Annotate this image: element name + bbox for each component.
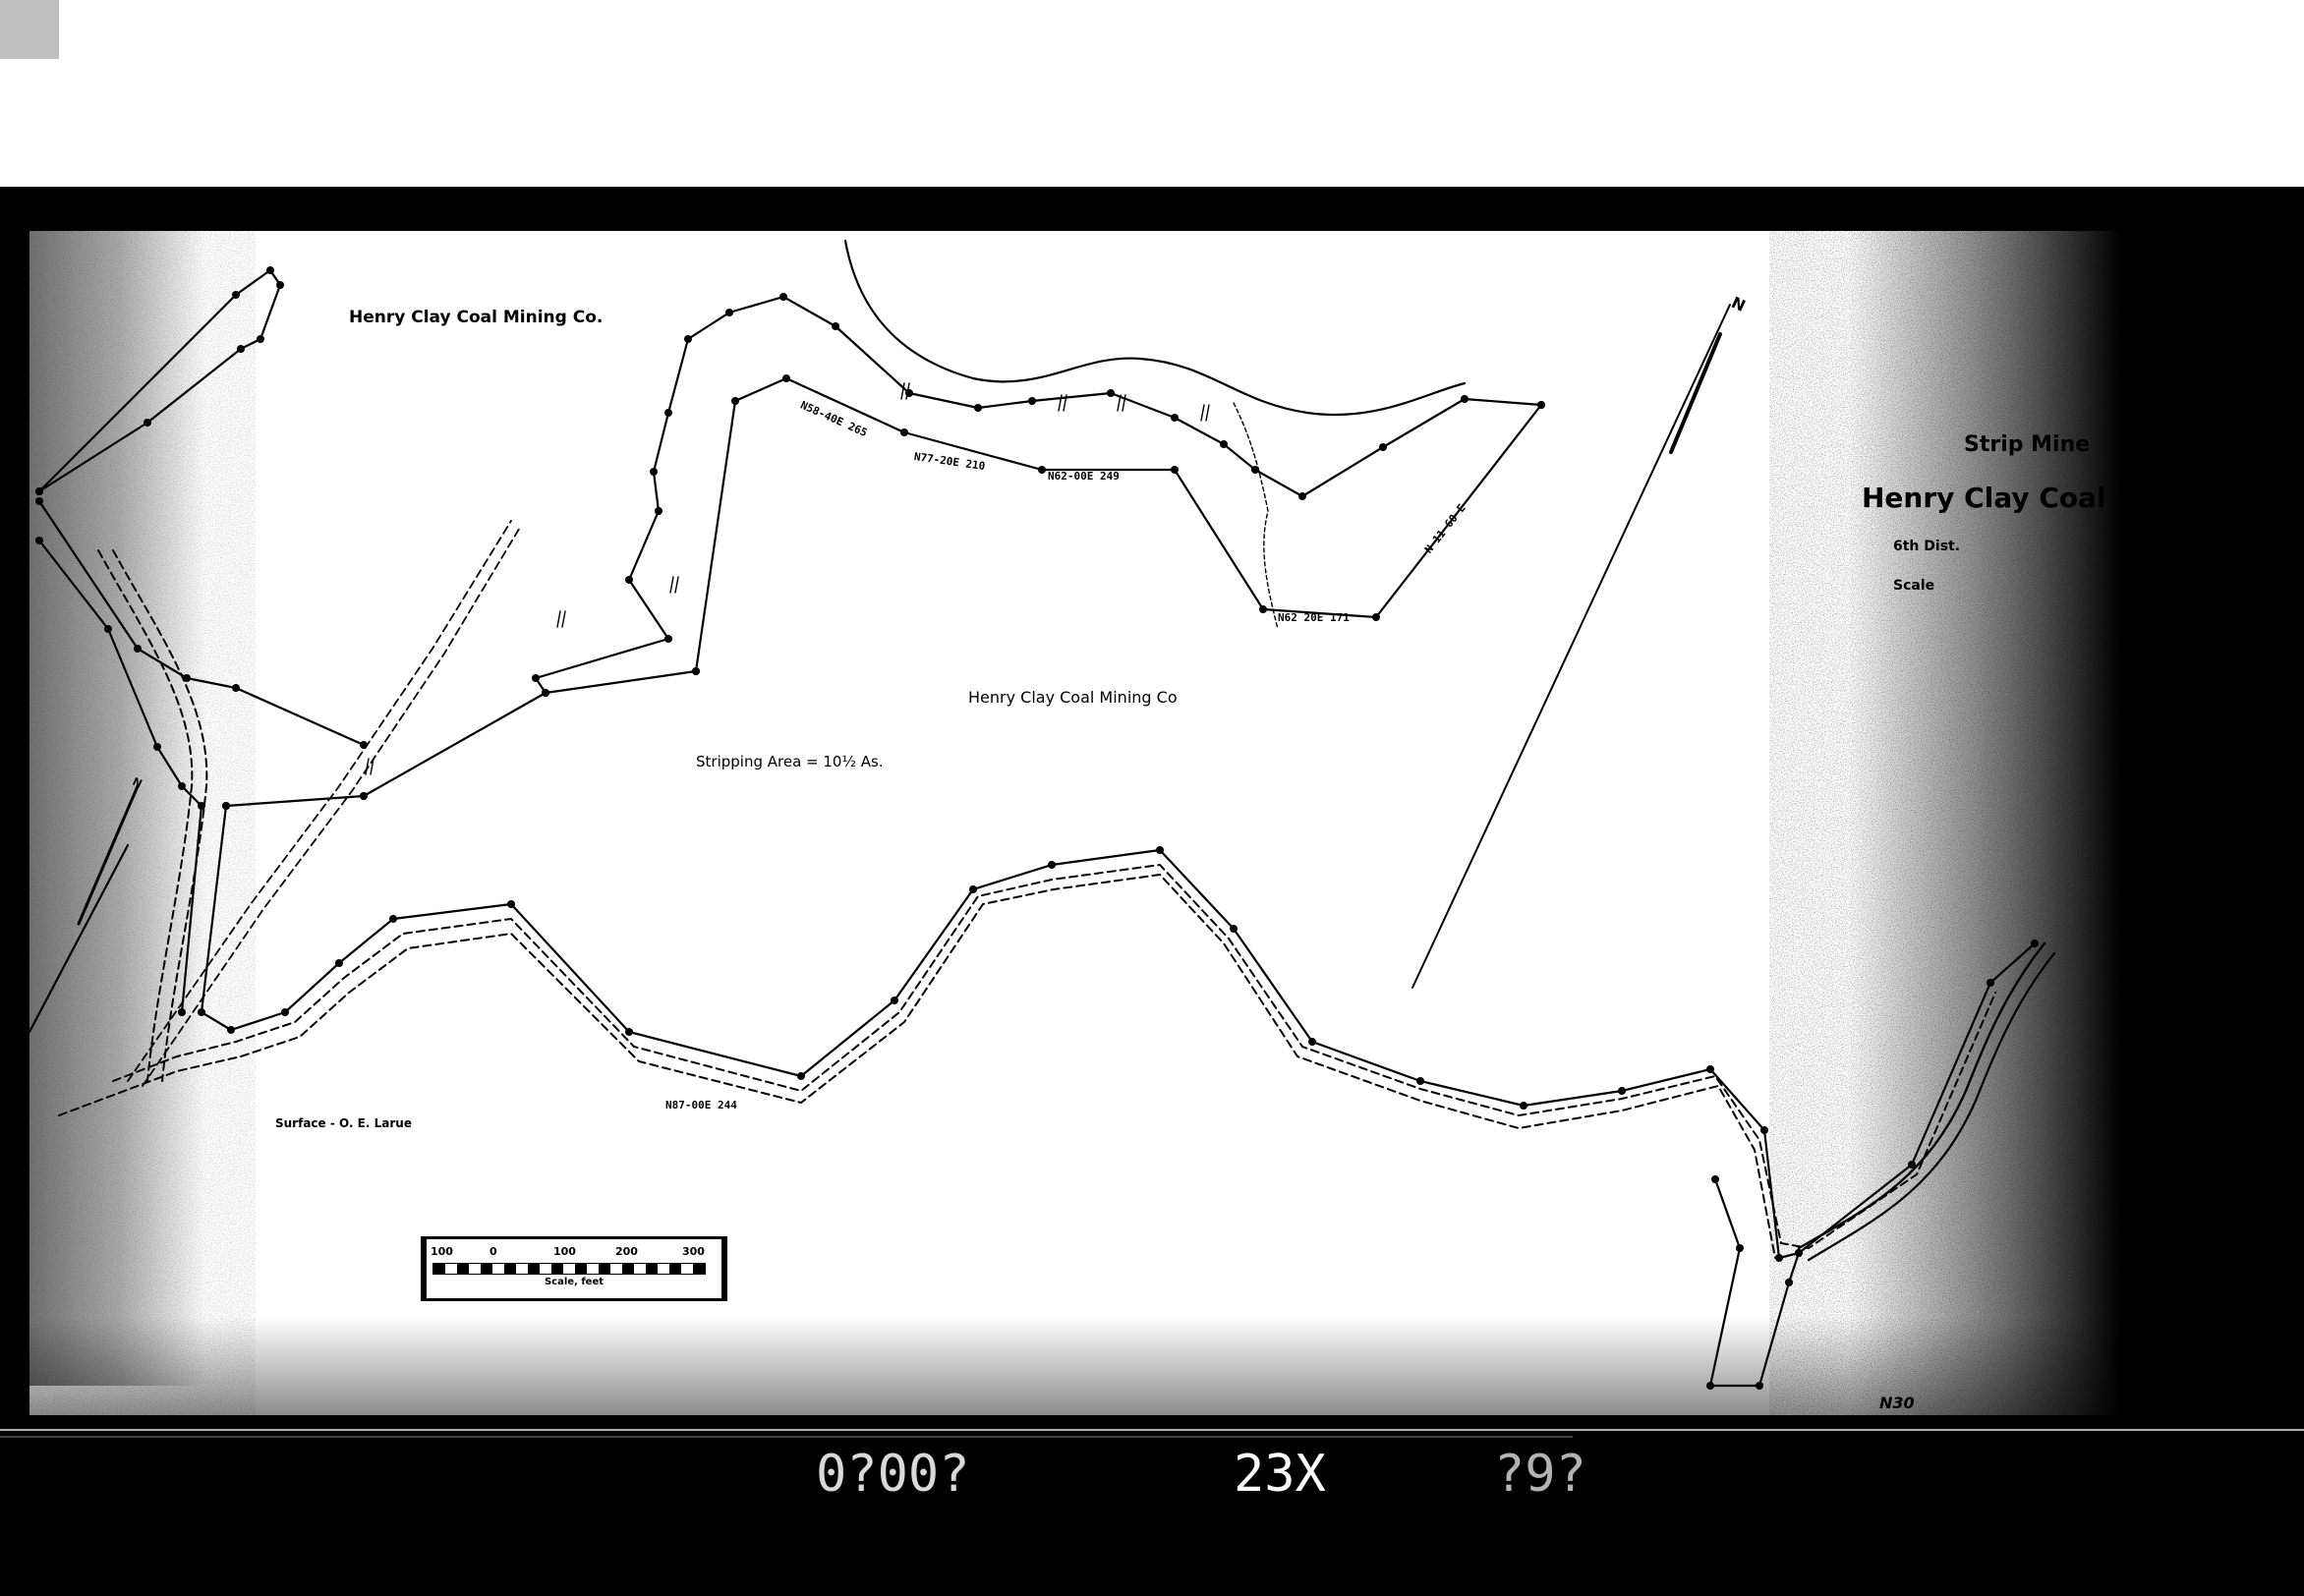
title-district: 6th Dist. [1893,539,1960,554]
bottom-right-note: N30 [1879,1394,1915,1412]
stripping-area-label: Stripping Area = 10½ As. [696,753,884,770]
scale-tick: 200 [615,1245,638,1258]
bearing-label: N62-00E 249 [1048,470,1120,483]
scale-bar: 100 0 100 200 300 Scale, feet [421,1236,727,1301]
scanned-map-sheet: Henry Clay Coal Mining Co. Henry Clay Co… [0,0,2304,1596]
film-frame-code-left: 0?00? [816,1445,970,1504]
surface-owner-label: Surface - O. E. Larue [275,1116,412,1130]
owner-label-center: Henry Clay Coal Mining Co [968,688,1178,707]
bearing-label: N62 20E 171 [1278,611,1350,624]
bearing-label: N87-00E 244 [665,1099,737,1111]
owner-label-top-left: Henry Clay Coal Mining Co. [349,308,603,327]
scale-tick: 100 [553,1245,576,1258]
film-frame-code-mid: 23X [1234,1445,1326,1504]
scale-caption: Scale, feet [427,1277,721,1287]
scale-tick: 300 [682,1245,705,1258]
film-frame-code-right: ?9? [1494,1445,1586,1504]
title-strip-mine: Strip Mine [1964,432,2090,457]
top-film-band [0,187,2304,231]
title-scale: Scale [1893,578,1934,594]
scale-tick: 0 [490,1245,497,1258]
map-drawing [0,0,2304,1596]
scale-tick: 100 [431,1245,453,1258]
title-company: Henry Clay Coal [1862,482,2106,514]
